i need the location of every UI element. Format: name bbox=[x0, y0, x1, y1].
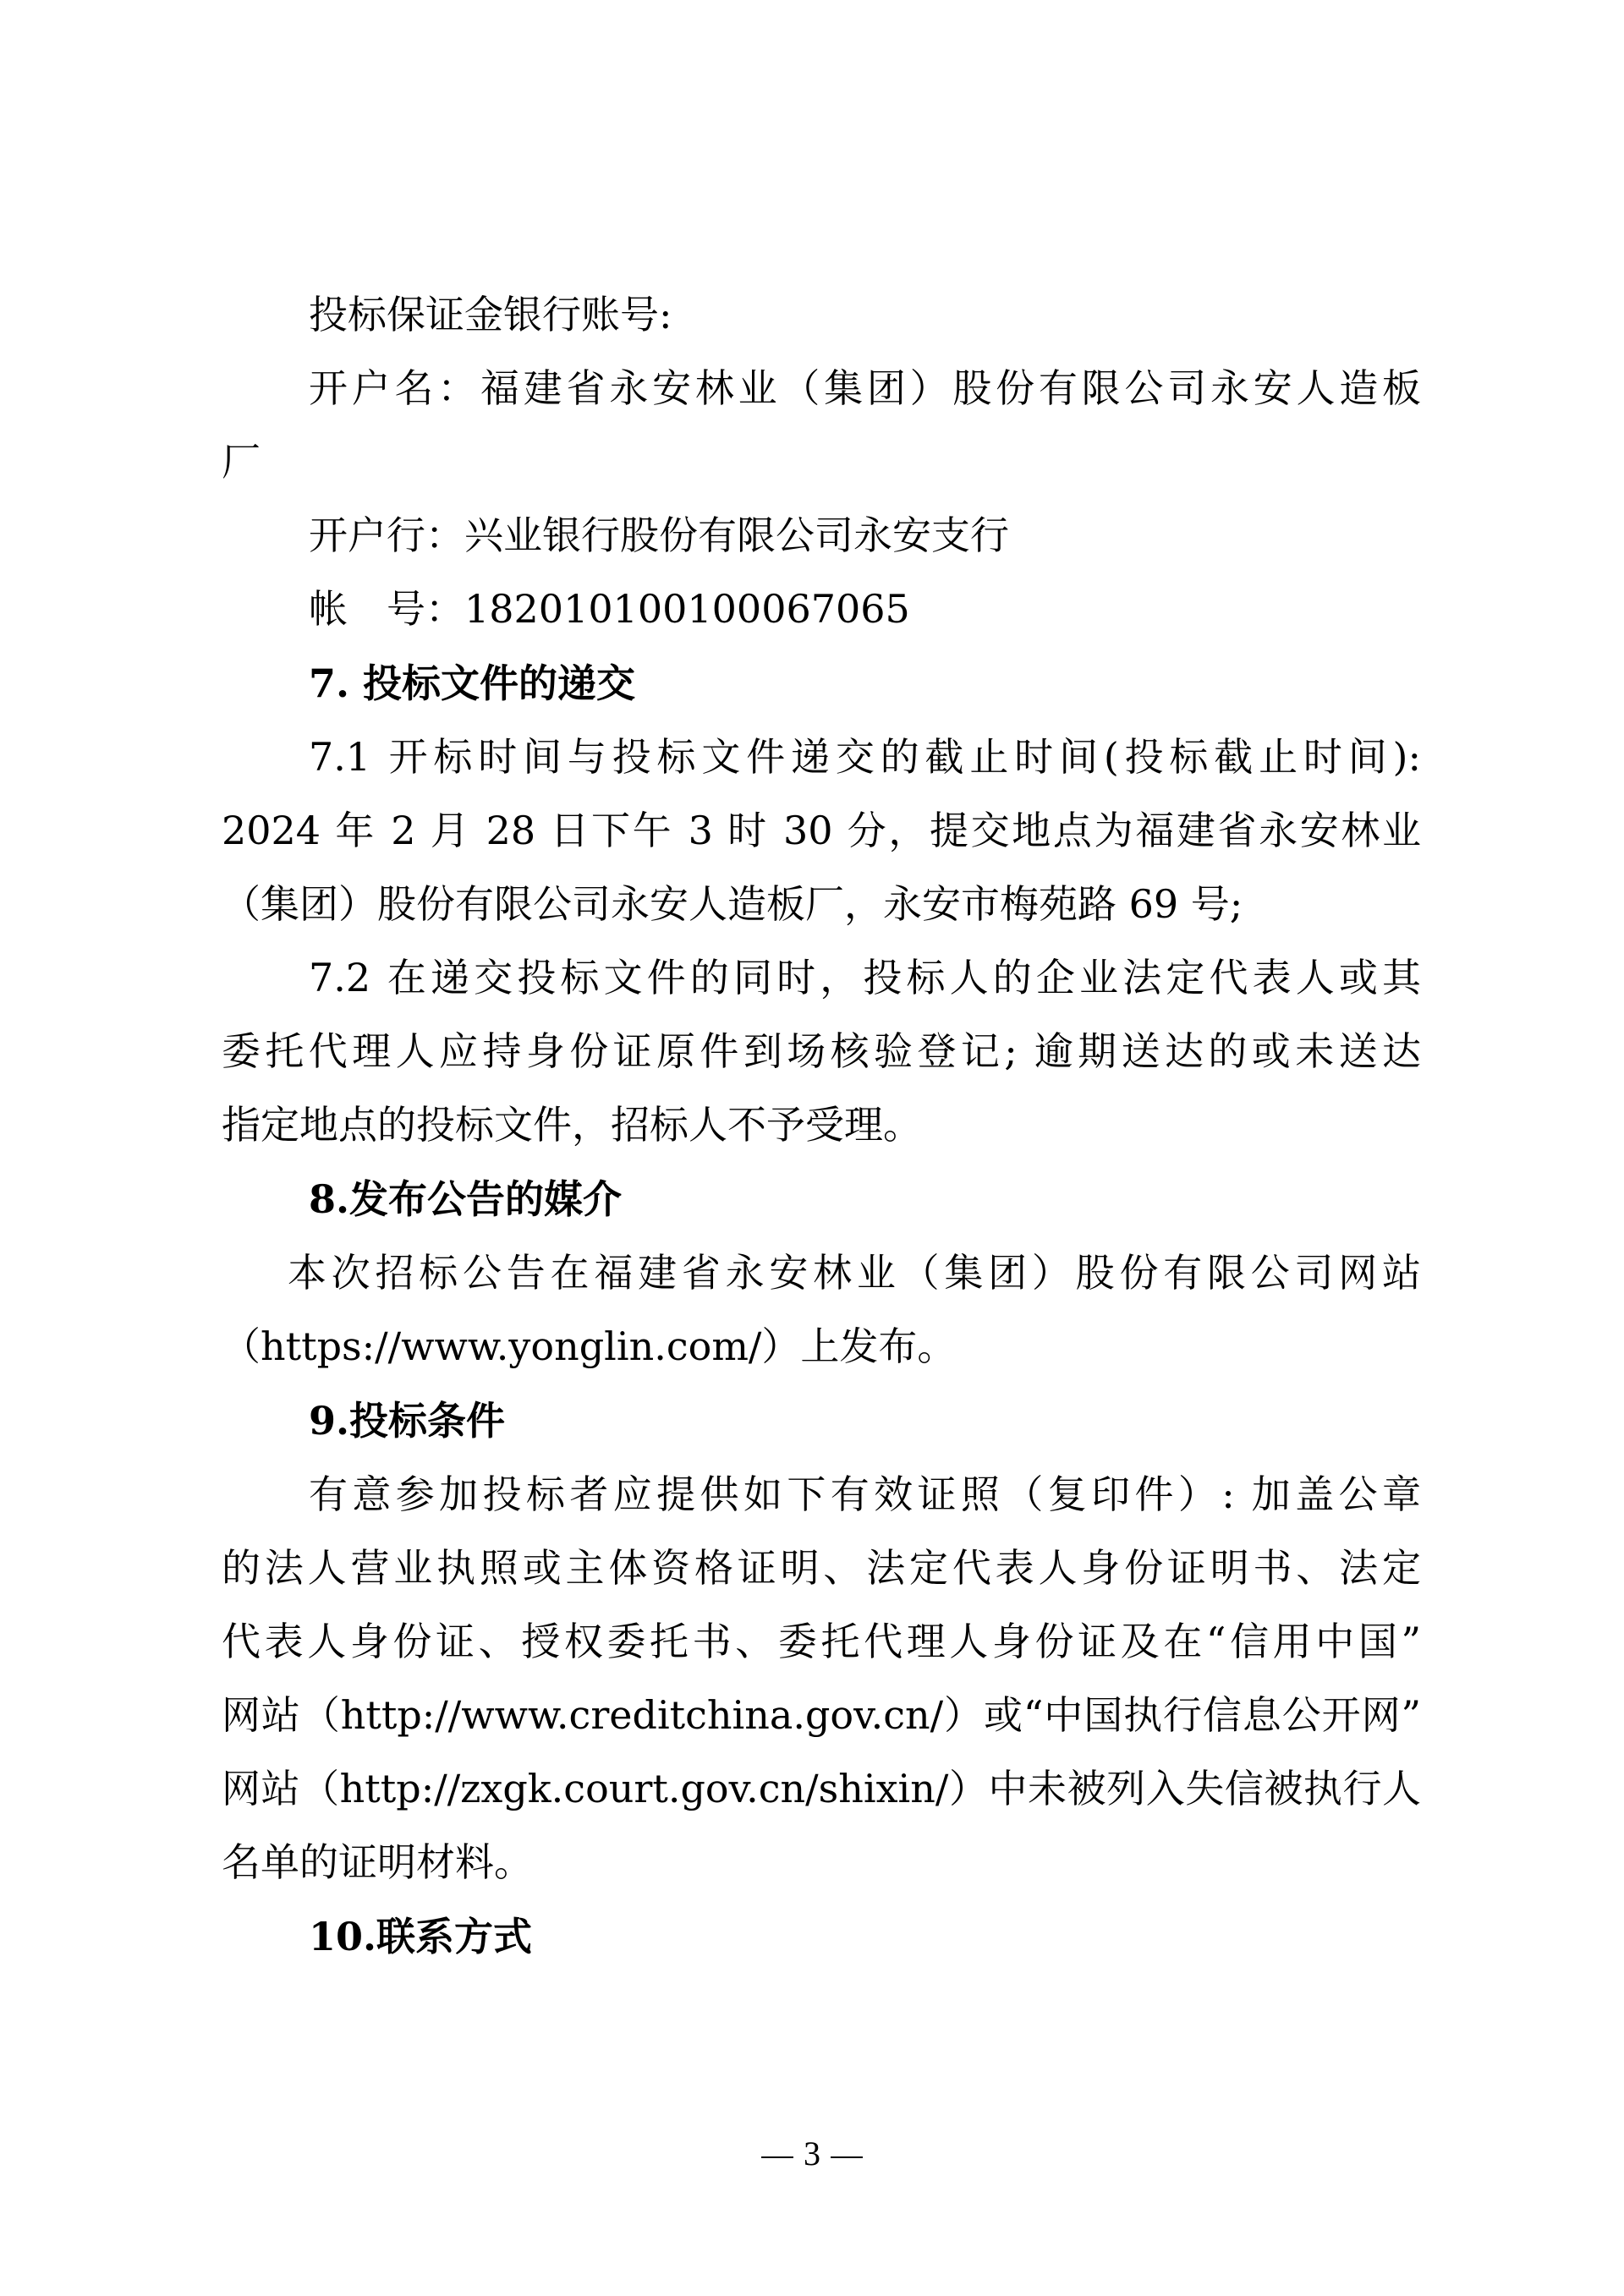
page-number: 3 bbox=[804, 2134, 820, 2173]
document-page: 投标保证金银行账号: 开户名：福建省永安林业（集团）股份有限公司永安人造板 厂 … bbox=[0, 0, 1624, 2296]
deposit-account-label: 投标保证金银行账号: bbox=[309, 289, 1421, 340]
section-7-heading: 7. 投标文件的递交 bbox=[309, 658, 1421, 709]
clause-7-1-line-3: （集团）股份有限公司永安人造板厂，永安市梅苑路 69 号; bbox=[222, 879, 1421, 929]
clause-7-2-line-2: 委托代理人应持身份证原件到场核验登记; 逾期送达的或未送达 bbox=[222, 1026, 1421, 1077]
section-8-heading: 8.发布公告的媒介 bbox=[309, 1174, 1421, 1225]
section-10-heading: 10.联系方式 bbox=[309, 1911, 1421, 1962]
account-name-line: 开户名：福建省永安林业（集团）股份有限公司永安人造板 bbox=[309, 363, 1421, 414]
right-dash bbox=[831, 2156, 863, 2158]
section-8-body-line-1: 本次招标公告在福建省永安林业（集团）股份有限公司网站 bbox=[288, 1247, 1421, 1298]
section-9-body-line-4: 网站（http://www.creditchina.gov.cn/）或“中国执行… bbox=[222, 1690, 1421, 1740]
clause-7-1-line-2: 2024 年 2 月 28 日下午 3 时 30 分，提交地点为福建省永安林业 bbox=[222, 805, 1421, 856]
page-number-footer: 3 bbox=[0, 2133, 1624, 2175]
section-8-body-line-2: （https://www.yonglin.com/）上发布。 bbox=[222, 1321, 1421, 1372]
clause-7-1-line-1: 7.1 开标时间与投标文件递交的截止时间(投标截止时间): bbox=[309, 732, 1421, 782]
bank-name-line: 开户行：兴业银行股份有限公司永安支行 bbox=[309, 510, 1421, 561]
clause-7-2-line-1: 7.2 在递交投标文件的同时，投标人的企业法定代表人或其 bbox=[309, 952, 1421, 1003]
left-dash bbox=[761, 2156, 793, 2158]
account-number-line: 帐 号：182010100100067065 bbox=[309, 584, 1421, 634]
clause-7-2-line-3: 指定地点的投标文件，招标人不予受理。 bbox=[222, 1099, 1421, 1150]
section-9-body-line-3: 代表人身份证、授权委托书、委托代理人身份证及在“信用中国” bbox=[222, 1616, 1421, 1667]
section-9-body-line-1: 有意参加投标者应提供如下有效证照（复印件）: 加盖公章 bbox=[309, 1469, 1421, 1520]
section-9-body-line-5: 网站（http://zxgk.court.gov.cn/shixin/）中未被列… bbox=[222, 1763, 1421, 1814]
account-name-continued: 厂 bbox=[222, 436, 1421, 487]
section-9-body-line-2: 的法人营业执照或主体资格证明、法定代表人身份证明书、法定 bbox=[222, 1543, 1421, 1593]
section-9-heading: 9.投标条件 bbox=[309, 1395, 1421, 1446]
section-9-body-line-6: 名单的证明材料。 bbox=[222, 1837, 1421, 1888]
